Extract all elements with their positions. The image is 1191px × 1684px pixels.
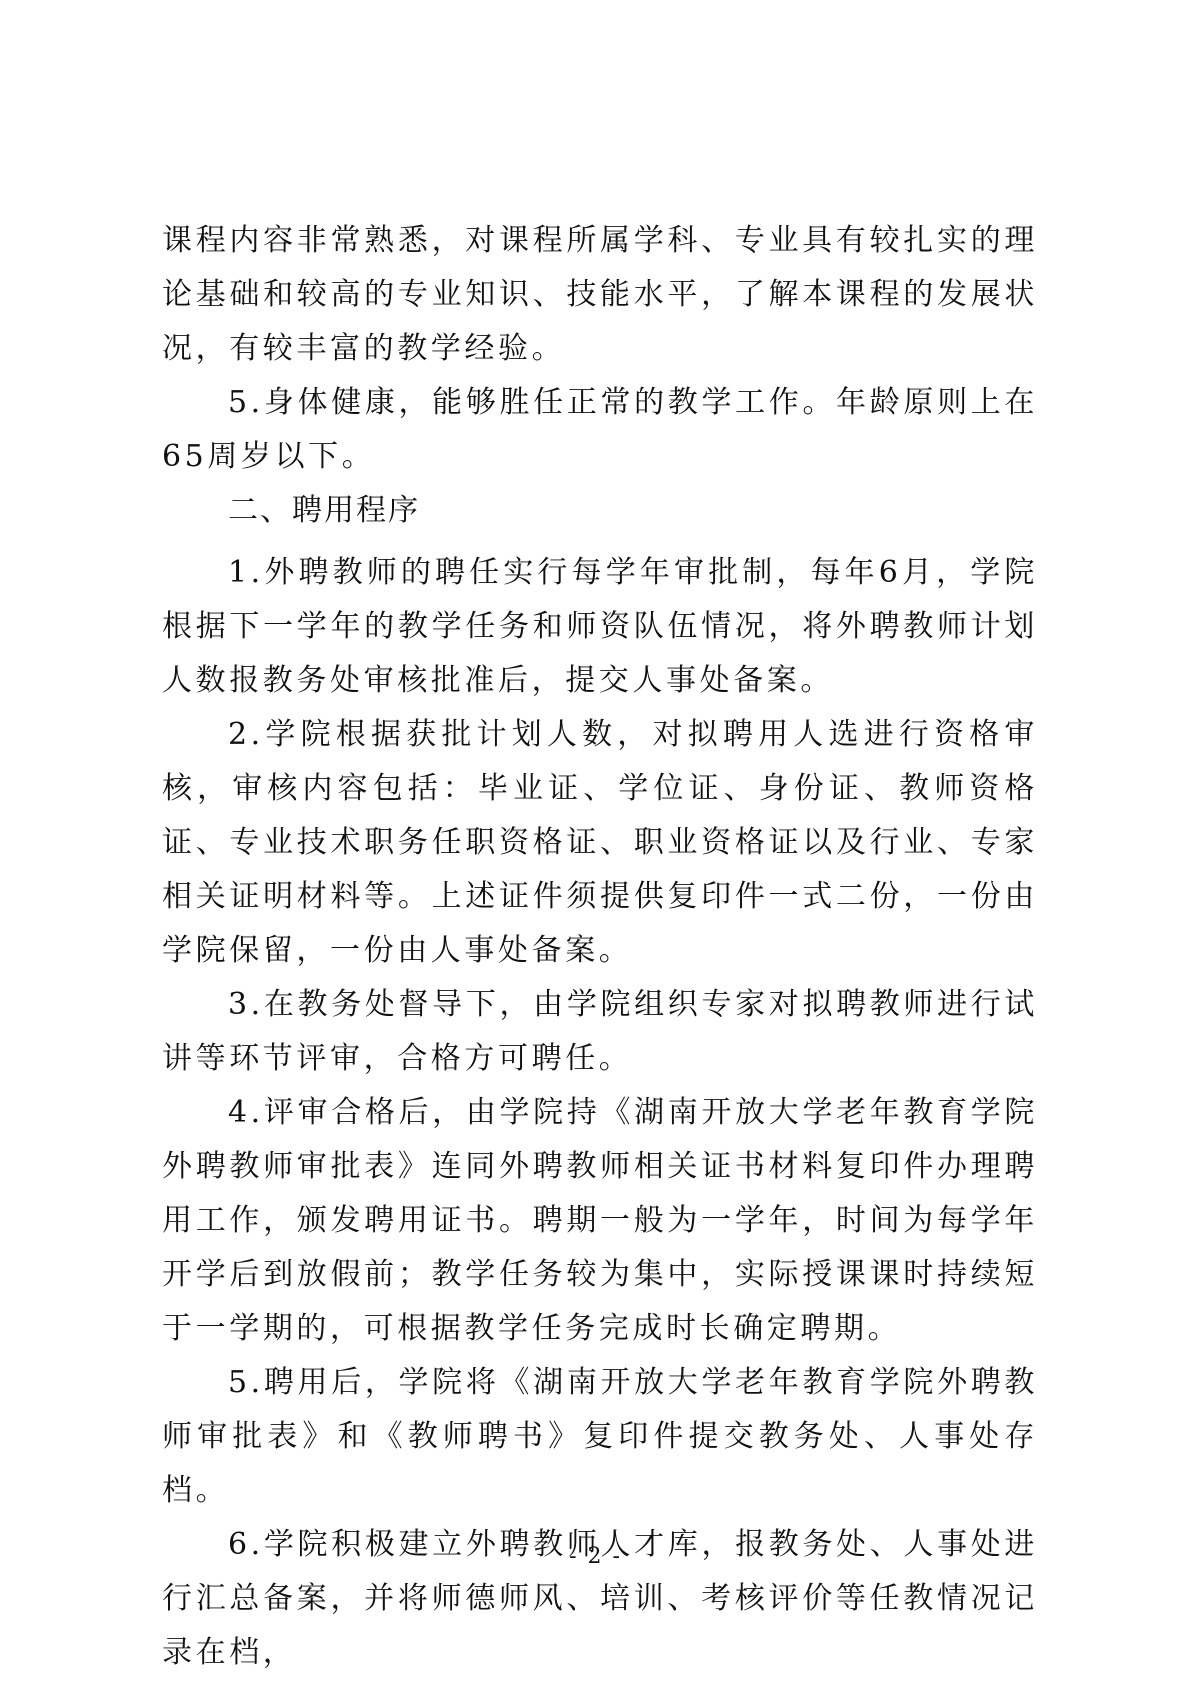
procedure-6-paragraph: 6.学院积极建立外聘教师人才库，报教务处、人事处进行汇总备案，并将师德师风、培训… [162, 1518, 1038, 1680]
section-heading: 二、聘用程序 [162, 484, 1038, 538]
page-number: - 2 - [0, 1544, 1191, 1569]
requirement-5-paragraph: 5.身体健康，能够胜任正常的教学工作。年龄原则上在65周岁以下。 [162, 376, 1038, 484]
procedure-1-paragraph: 1.外聘教师的聘任实行每学年审批制，每年6月，学院根据下一学年的教学任务和师资队… [162, 546, 1038, 708]
procedure-5-paragraph: 5.聘用后，学院将《湖南开放大学老年教育学院外聘教师审批表》和《教师聘书》复印件… [162, 1356, 1038, 1518]
procedure-4-paragraph: 4.评审合格后，由学院持《湖南开放大学老年教育学院外聘教师审批表》连同外聘教师相… [162, 1086, 1038, 1356]
procedure-2-paragraph: 2.学院根据获批计划人数，对拟聘用人选进行资格审核，审核内容包括：毕业证、学位证… [162, 708, 1038, 978]
continuation-paragraph: 课程内容非常熟悉，对课程所属学科、专业具有较扎实的理论基础和较高的专业知识、技能… [162, 214, 1038, 376]
document-body: 课程内容非常熟悉，对课程所属学科、专业具有较扎实的理论基础和较高的专业知识、技能… [162, 214, 1038, 1680]
document-page: 课程内容非常熟悉，对课程所属学科、专业具有较扎实的理论基础和较高的专业知识、技能… [0, 0, 1191, 1684]
procedure-3-paragraph: 3.在教务处督导下，由学院组织专家对拟聘教师进行试讲等环节评审，合格方可聘任。 [162, 978, 1038, 1086]
